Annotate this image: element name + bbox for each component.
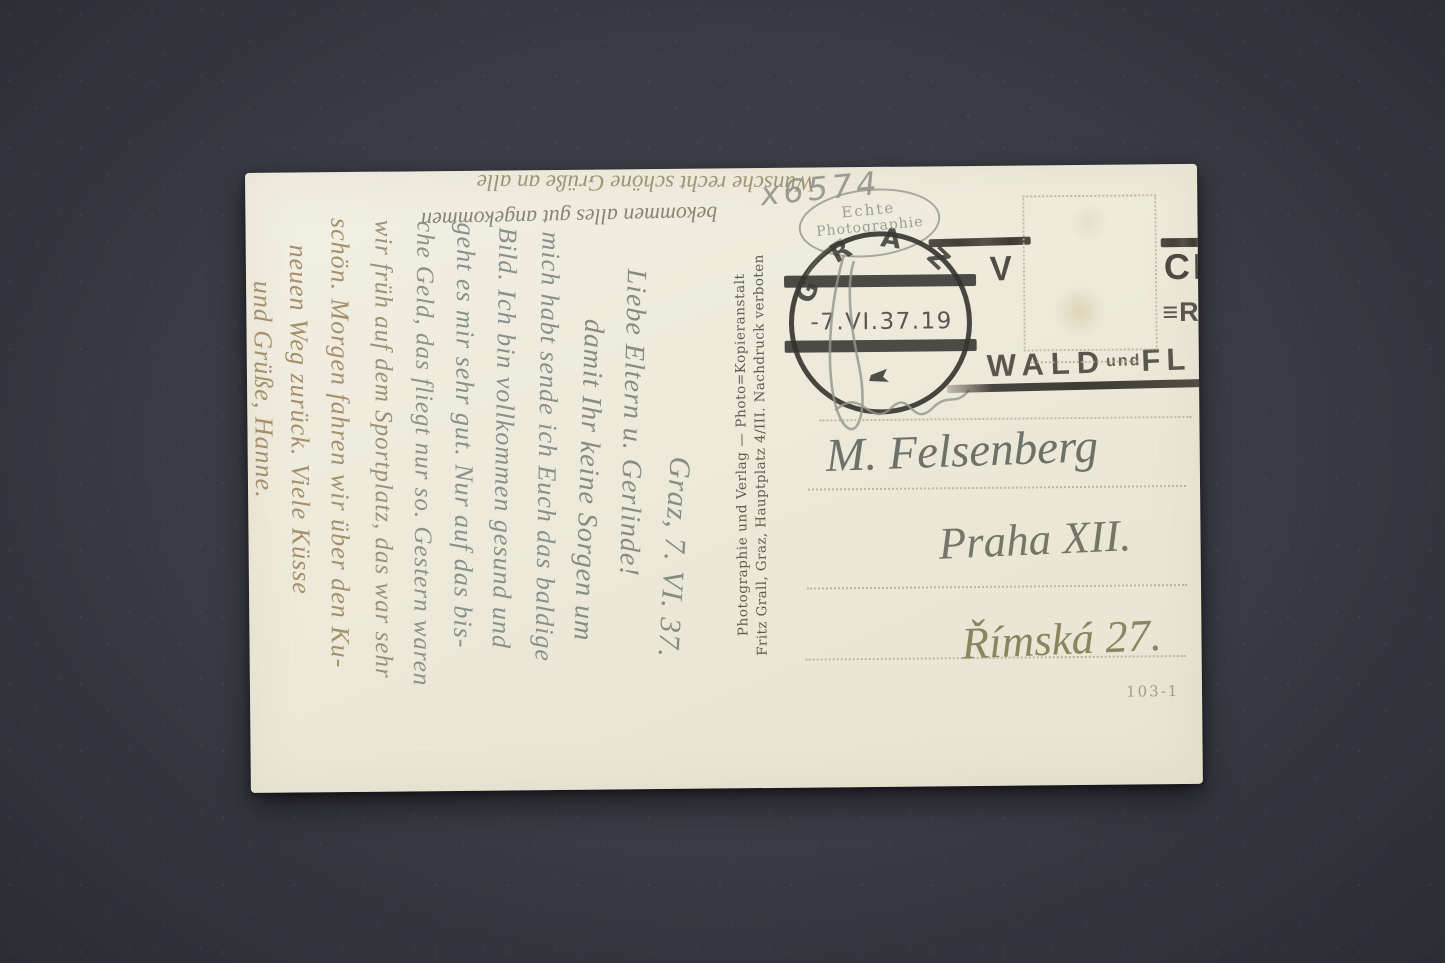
photo-background: Wünsche recht schöne Grüße an alle bekom… bbox=[0, 0, 1445, 963]
stamp-box-stain bbox=[1068, 205, 1108, 239]
address-line-rule bbox=[807, 584, 1187, 590]
message-line: neuen Weg zurück. Viele Küsse bbox=[275, 244, 318, 734]
address-line-rule bbox=[808, 485, 1186, 491]
postmark-bottom-ornament bbox=[869, 369, 889, 382]
cancel-wavy-bar-top-left bbox=[929, 237, 1031, 248]
message-line: und Grüße, Hanne. bbox=[245, 281, 280, 621]
address-street: Římská 27. bbox=[960, 609, 1162, 670]
address-city: Praha XII. bbox=[937, 509, 1132, 570]
message-line: geht es mir sehr gut. Nur auf das bis- bbox=[434, 222, 480, 762]
plate-number: 103-1 bbox=[1126, 682, 1179, 701]
postcard: Wünsche recht schöne Grüße an alle bekom… bbox=[245, 164, 1203, 793]
message-line: mich habt sende ich Euch das baldige bbox=[515, 231, 566, 752]
address-name: M. Felsenberg bbox=[825, 419, 1099, 483]
message-line: wir früh auf dem Sportplatz, das war seh… bbox=[354, 220, 396, 775]
message-line: che Geld, das fliegt nur so. Gestern war… bbox=[392, 221, 438, 771]
top-note-line-1: Wünsche recht schöne Grüße an alle bbox=[385, 169, 815, 197]
stamp-box-stain bbox=[1053, 285, 1105, 337]
cancel-letters-ch: CH bbox=[1164, 246, 1203, 289]
stamp-box bbox=[1022, 194, 1157, 351]
cancel-letters-r: ≡R bbox=[1162, 297, 1200, 328]
cancel-letter-v: V bbox=[989, 248, 1013, 289]
message-line: schön. Morgen fahren wir über den Ku- bbox=[312, 218, 354, 778]
publisher-imprint-line-2: Fritz Grall, Graz, Hauptplatz 4/III. Nac… bbox=[751, 240, 773, 670]
